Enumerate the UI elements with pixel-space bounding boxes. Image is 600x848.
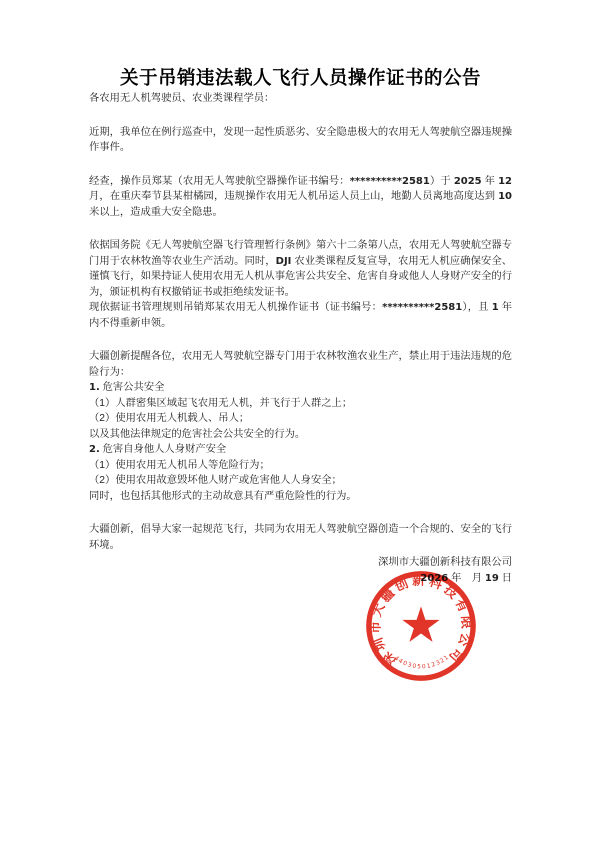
- para-reminder: 大疆创新提醒各位，农用无人驾驶航空器专门用于农林牧渔农业生产，禁止用于违法违规的…: [89, 349, 512, 380]
- para-investigation: 经查，操作员郑某（农用无人驾驶航空器操作证书编号：**********2581）…: [89, 174, 512, 221]
- document-page: 关于吊销违法载人飞行人员操作证书的公告 各农用无人机驾驶员、农业类课程学员： 近…: [0, 0, 600, 848]
- star-icon: [402, 606, 439, 642]
- signature-block: 深圳市大疆创新科技有限公司2026 年 月 19 日: [89, 555, 512, 586]
- para-incident-intro: 近期，我单位在例行巡查中，发现一起性质恶劣、安全隐患极大的农用无人驾驶航空器违规…: [89, 125, 512, 156]
- para-regulation: 依据国务院《无人驾驶航空器飞行管理暂行条例》第六十二条第八点，农用无人驾驶航空器…: [89, 238, 512, 300]
- salutation: 各农用无人机驾驶员、农业类课程学员：: [89, 91, 512, 107]
- list-item-1-2: （2）使用农用无人机载人、吊人；: [89, 411, 512, 427]
- list-item-2-3: 同时，也包括其他形式的主动故意具有严重危险性的行为。: [89, 489, 512, 505]
- list-item-1-3: 以及其他法律规定的危害社会公共安全的行为。: [89, 427, 512, 443]
- para-revocation: 现依据证书管理规则吊销郑某农用无人机操作证书（证书编号：**********25…: [89, 300, 512, 331]
- list-item-1-1: （1）人群密集区域起飞农用无人机，并飞行于人群之上；: [89, 396, 512, 412]
- signature-company: 深圳市大疆创新科技有限公司: [89, 555, 512, 571]
- body-paragraphs: 近期，我单位在例行巡查中，发现一起性质恶劣、安全隐患极大的农用无人驾驶航空器违规…: [89, 125, 512, 554]
- signature-date: 2026 年 月 19 日: [89, 571, 512, 587]
- page-title: 关于吊销违法载人飞行人员操作证书的公告: [89, 64, 512, 91]
- list-item-2-2: （2）使用农用故意毁坏他人财产或危害他人人身安全；: [89, 473, 512, 489]
- list-item-2-1: （1）使用农用无人机吊人等危险行为；: [89, 458, 512, 474]
- seal-arc-text: 深圳市大疆创新科技有限公司: [368, 573, 475, 669]
- seal-ring: [369, 574, 473, 678]
- list-item-1: 1. 危害公共安全: [89, 380, 512, 396]
- para-closing: 大疆创新，倡导大家一起规范飞行，共同为农用无人驾驶航空器创造一个合规的、安全的飞…: [89, 522, 512, 553]
- document-body: 关于吊销违法载人飞行人员操作证书的公告 各农用无人机驾驶员、农业类课程学员： 近…: [89, 64, 512, 586]
- list-item-2: 2. 危害自身他人人身财产安全: [89, 442, 512, 458]
